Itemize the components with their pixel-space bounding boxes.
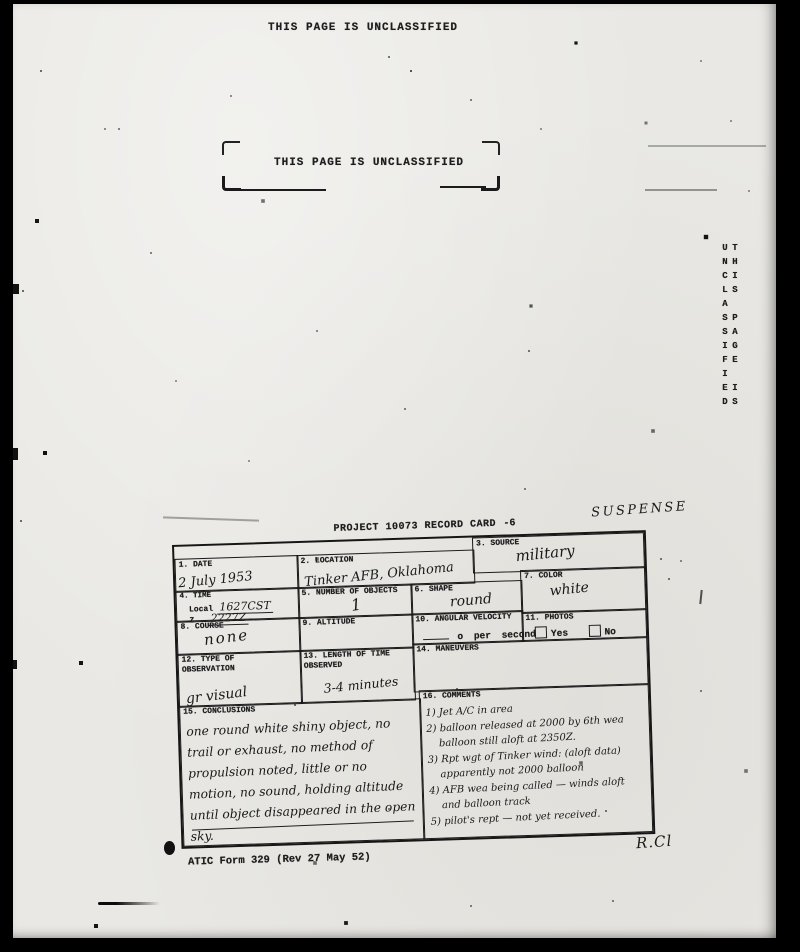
photos-yes-checkbox <box>535 626 547 638</box>
field-value: none <box>203 626 250 649</box>
blank-line <box>423 628 449 640</box>
classification-stamp-text: THIS PAGE IS UNCLASSIFIED <box>274 157 464 169</box>
field-label: 7. COLOR <box>524 571 563 582</box>
field-value: 1 <box>350 595 363 615</box>
stamp-edge <box>236 189 326 192</box>
stamp-corner-icon <box>481 176 500 191</box>
field-value: military <box>515 541 576 565</box>
hole-punch-mark <box>164 841 175 855</box>
edge-mark <box>13 448 18 460</box>
field-value: white <box>549 580 590 600</box>
field-label: 14. MANEUVERS <box>416 643 479 654</box>
edge-mark <box>13 284 19 294</box>
photos-no-label: No <box>604 626 616 637</box>
field-comments: 16. COMMENTS 1) Jet A/C in area 2) ballo… <box>419 683 654 839</box>
scanned-page: THIS PAGE IS UNCLASSIFIED THIS PAGE IS U… <box>0 0 800 952</box>
card-title-suffix: -6 <box>503 518 515 529</box>
field-value: 3-4 minutes <box>323 673 399 695</box>
field-label: 15. CONCLUSIONS <box>183 705 255 717</box>
scan-noise <box>0 0 2 2</box>
classification-side: THIS PAGE IS UNCLASSIFIED <box>720 243 740 583</box>
scan-artifact <box>98 902 160 905</box>
field-value: one round white shiny object, no trail o… <box>186 712 417 847</box>
field-type-of-observation: 12. TYPE OF OBSERVATION gr visual <box>177 650 303 708</box>
stamp-corner-icon <box>222 141 240 155</box>
field-label: 13. LENGTH OF TIME OBSERVED <box>303 649 399 671</box>
field-value: round <box>449 591 492 610</box>
classification-top: THIS PAGE IS UNCLASSIFIED <box>268 22 458 34</box>
field-label: 10. ANGULAR VELOCITY <box>415 612 511 625</box>
classification-stamp: THIS PAGE IS UNCLASSIFIED <box>222 141 500 191</box>
field-label: 3. SOURCE <box>476 538 519 549</box>
scan-artifact <box>648 145 766 147</box>
photos-yes-label: Yes <box>551 628 568 640</box>
field-label: 12. TYPE OF OBSERVATION <box>181 654 252 675</box>
record-card: PROJECT 10073 RECORD CARD -6 SUSPENSE 3.… <box>172 530 655 849</box>
field-conclusions: 15. CONCLUSIONS one round white shiny ob… <box>179 698 425 847</box>
field-label: 6. SHAPE <box>414 584 453 595</box>
field-length-of-time: 13. LENGTH OF TIME OBSERVED 3-4 minutes <box>299 646 416 704</box>
photos-no-checkbox <box>588 625 600 637</box>
field-label: 2. LOCATION <box>300 555 353 566</box>
stamp-edge <box>440 186 486 189</box>
scan-artifact <box>645 189 717 191</box>
signature-initials: R.Cl <box>635 832 673 852</box>
field-color: 7. COLOR white <box>520 566 646 614</box>
field-label: 1. DATE <box>178 560 212 571</box>
edge-mark <box>13 660 17 669</box>
field-label: 9. ALTITUDE <box>302 617 355 628</box>
field-label: 16. COMMENTS <box>423 690 481 701</box>
stamp-corner-icon <box>482 141 500 155</box>
